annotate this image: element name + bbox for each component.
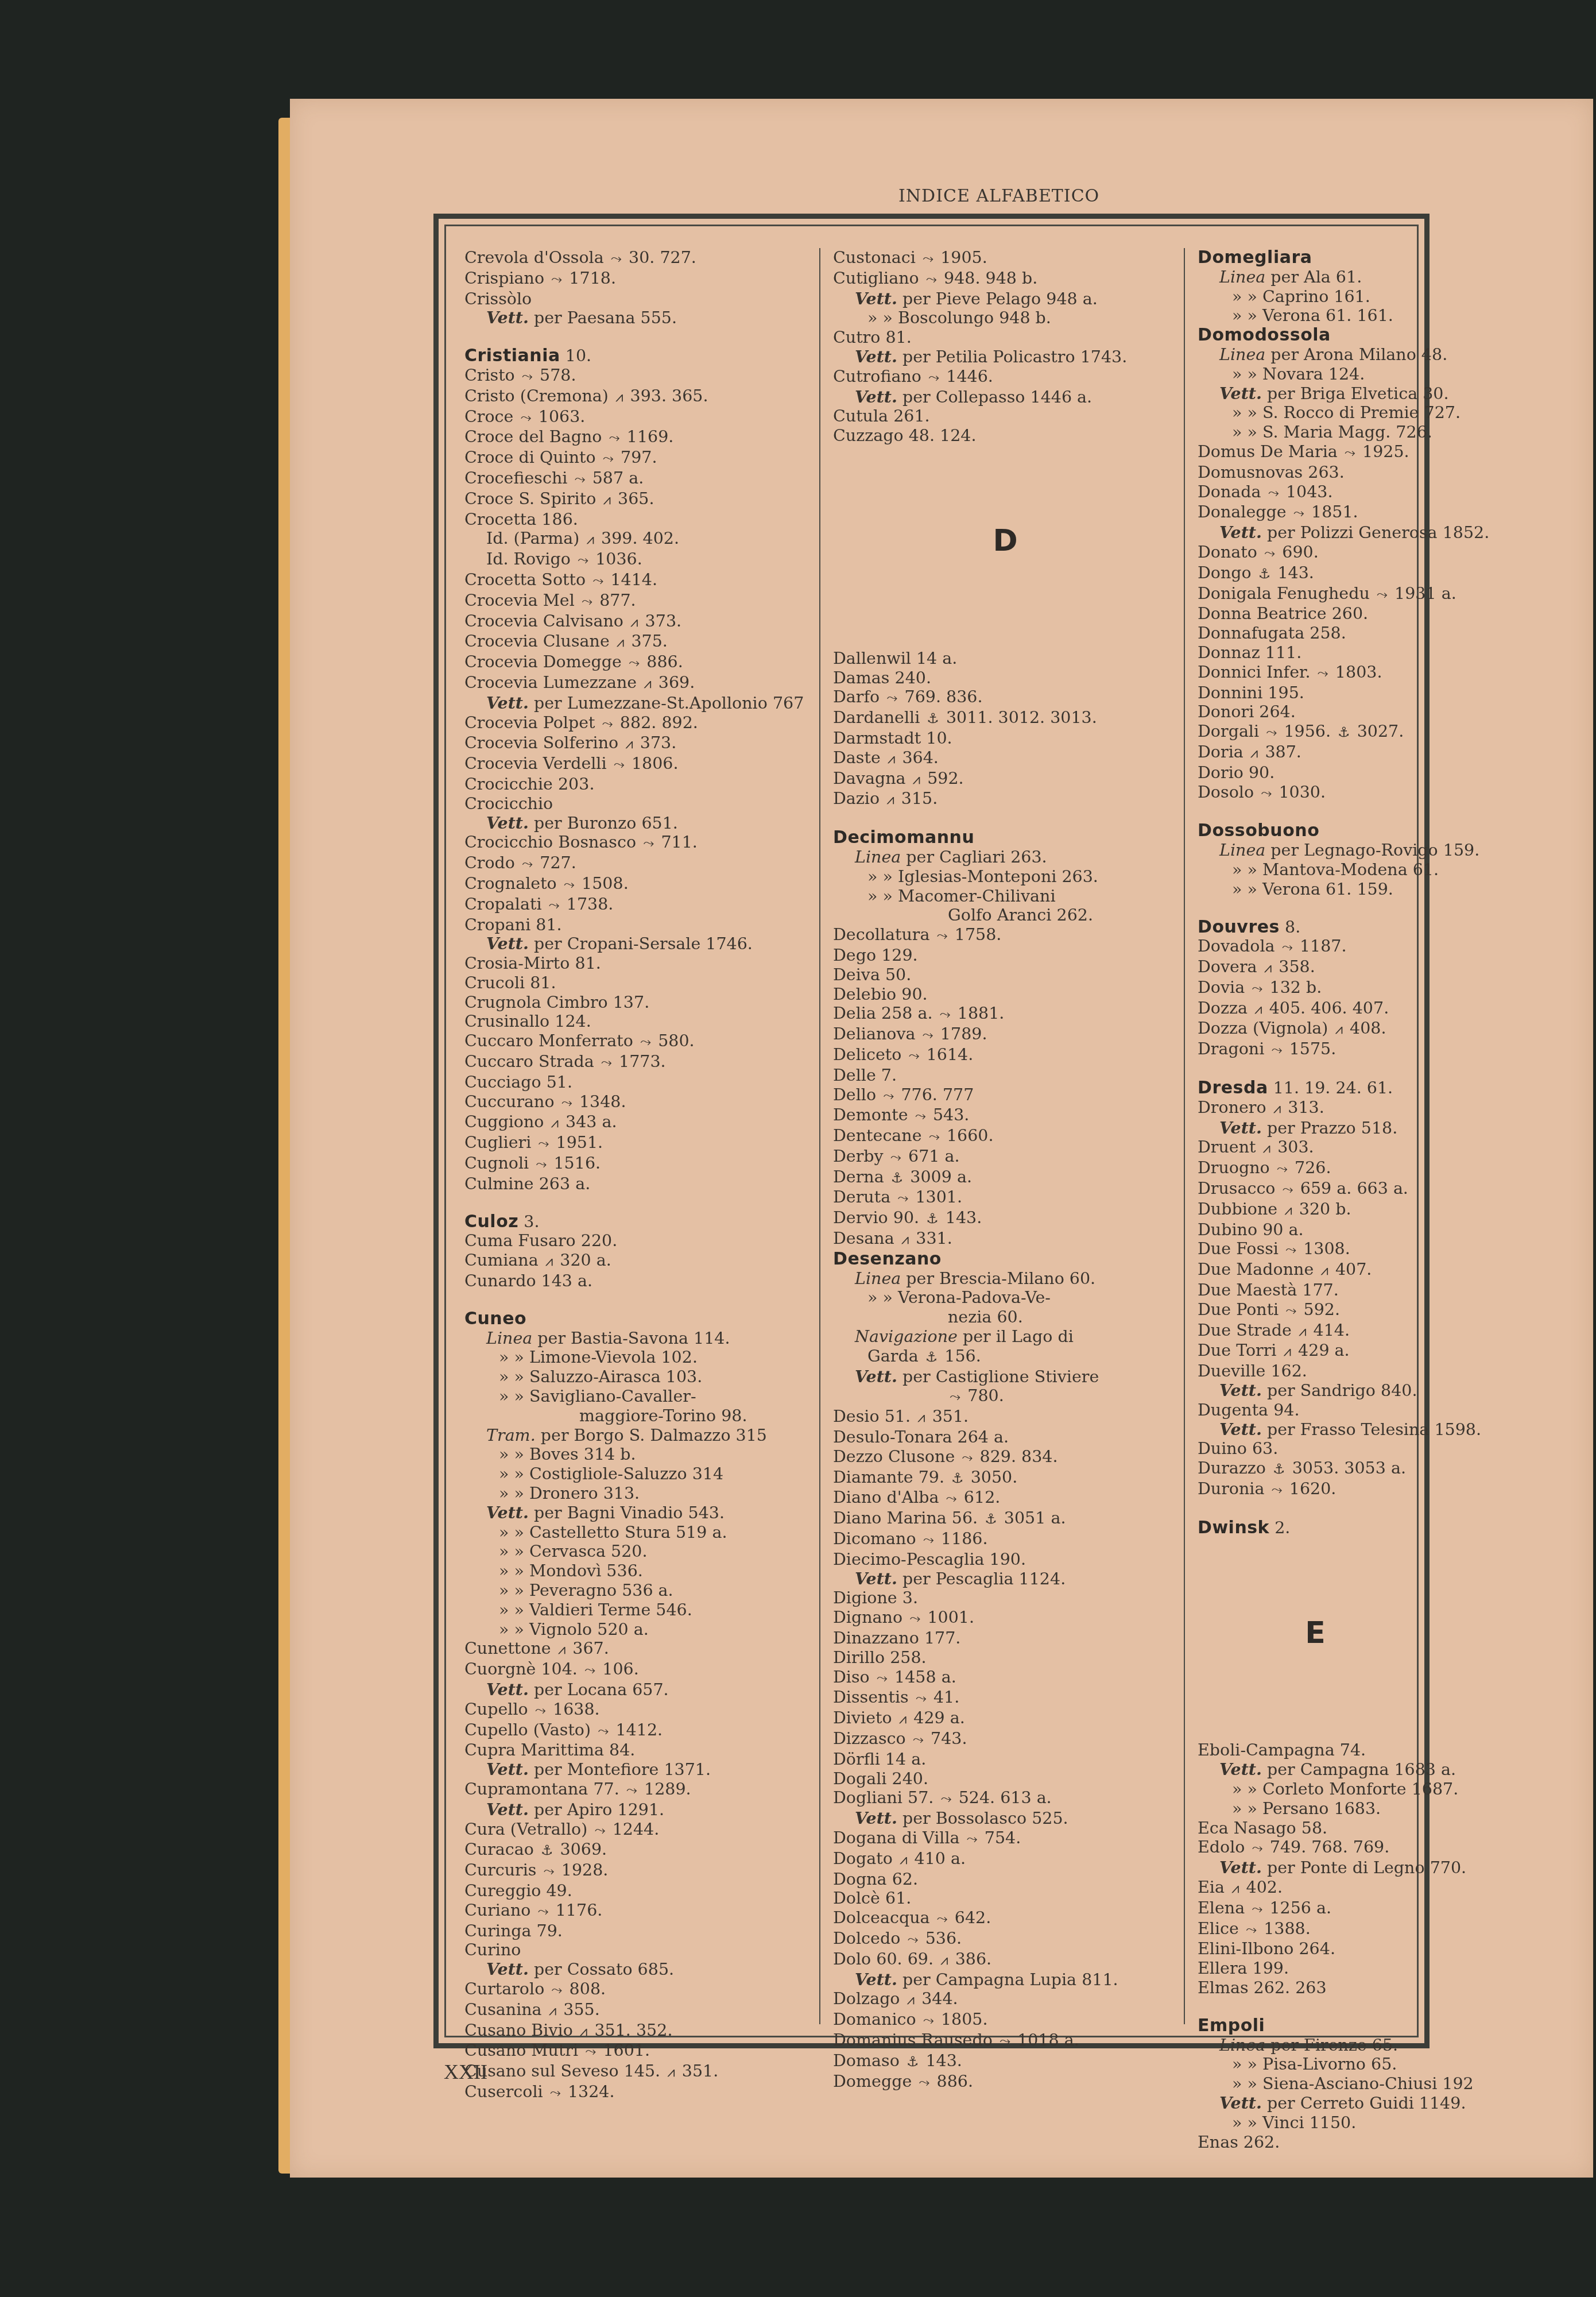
entry-text: per Prazzo 518. — [1262, 1119, 1397, 1138]
index-entry: Crocevia Polpet ⤳ 882. 892. — [464, 713, 803, 734]
index-entry: Cumiana ⩘ 320 a. — [464, 1251, 803, 1271]
entry-text: per il Lago di — [958, 1327, 1074, 1346]
entry-text: Dissentis — [833, 1688, 914, 1707]
index-entry: Crognaleto ⤳ 1508. — [464, 874, 803, 895]
index-entry: Desulo-Tonara 264 a. — [833, 1428, 1177, 1447]
entry-text: per Arona Milano 48. — [1265, 345, 1447, 364]
index-entry: » » Verona-Padova-Ve- — [833, 1288, 1177, 1308]
entry-text: 10. — [560, 346, 591, 365]
index-entry: Edolo ⤳ 749. 768. 769. — [1198, 1838, 1433, 1858]
index-entry: Dueville 162. — [1198, 1362, 1433, 1381]
entry-text: 156. — [939, 1347, 981, 1366]
index-entry: Linea per Bastia-Savona 114. — [464, 1329, 803, 1348]
entry-text: Diano Marina 56. — [833, 1509, 983, 1528]
entry-text: Due Torri — [1198, 1341, 1282, 1360]
entry-text: Duronia — [1198, 1479, 1270, 1498]
index-entry: » » Caprino 161. — [1198, 287, 1433, 307]
index-entry: Dragoni ⤳ 1575. — [1198, 1039, 1433, 1060]
index-entry: Dozza (Vignola) ⩘ 408. — [1198, 1019, 1433, 1039]
entry-text: 886. — [932, 2072, 974, 2091]
entry-text: 132 b. — [1264, 978, 1322, 997]
index-entry: Vett. per Prazzo 518. — [1198, 1119, 1433, 1138]
index-entry: Durazzo ⚓ 3053. 3053 a. — [1198, 1459, 1433, 1479]
index-entry: Vett. per Cropani-Sersale 1746. — [464, 934, 803, 954]
entry-text: » » Boves 314 b. — [499, 1445, 636, 1464]
index-entry: Cupello ⤳ 1638. — [464, 1700, 803, 1720]
index-entry: Crosia-Mirto 81. — [464, 954, 803, 973]
index-entry: Cuglieri ⤳ 1951. — [464, 1133, 803, 1154]
index-entry: Cusano Mutri ⤳ 1601. — [464, 2041, 803, 2062]
index-entry: Vett. per Sandrigo 840. — [1198, 1381, 1433, 1401]
index-entry: Custonaci ⤳ 1905. — [833, 248, 1177, 269]
index-entry: Donnaz 111. — [1198, 643, 1433, 663]
entry-text: Crocevia Calvisano — [464, 612, 629, 631]
entry-text: per Buronzo 651. — [529, 814, 678, 833]
tram-icon: ⩘ — [1230, 1880, 1241, 1896]
train-icon: ⤳ — [1292, 505, 1306, 521]
index-entry: Garda ⚓ 156. — [833, 1347, 1177, 1367]
entry-text: Crispiano — [464, 269, 549, 288]
train-icon: ⤳ — [542, 1863, 556, 1879]
heading-name: Douvres — [1198, 917, 1280, 937]
index-entry: Vett. per Briga Elvetica 30. — [1198, 384, 1433, 404]
entry-text: Crocevia Verdelli — [464, 754, 612, 773]
index-entry: Crocevia Mel ⤳ 877. — [464, 591, 803, 612]
entry-text: 808. — [564, 1979, 606, 1998]
entry-text: 3051 a. — [999, 1509, 1066, 1528]
tram-icon: ⩘ — [886, 751, 897, 767]
train-icon: ⤳ — [921, 2012, 936, 2028]
index-entry: » » Saluzzo-Airasca 103. — [464, 1367, 803, 1387]
train-icon: ⤳ — [921, 1532, 936, 1548]
entry-text: 769. 836. — [899, 687, 982, 706]
index-entry: Id. Rovigo ⤳ 1036. — [464, 550, 803, 570]
entry-text: 780. — [962, 1386, 1004, 1405]
entry-text: Domanius Rausedo — [833, 2031, 998, 2049]
entry-text: » » S. Maria Magg. 726. — [1232, 423, 1432, 442]
train-icon: ⤳ — [1284, 1242, 1298, 1258]
index-entry: Cusanina ⩘ 355. — [464, 2000, 803, 2021]
index-entry: Domaso ⚓ 143. — [833, 2051, 1177, 2072]
entry-text: Crocevia Domegge — [464, 652, 627, 671]
vettura-label: Vett. — [855, 1367, 897, 1386]
entry-text: 1931 a. — [1389, 584, 1456, 603]
entry-text: Cutigliano — [833, 269, 924, 288]
index-entry: Deruta ⤳ 1301. — [833, 1188, 1177, 1208]
train-icon: ⤳ — [935, 1911, 950, 1927]
index-entry: Desana ⩘ 331. — [833, 1229, 1177, 1250]
index-entry: Dolcedo ⤳ 536. — [833, 1929, 1177, 1950]
section-letter: D — [833, 532, 1177, 551]
entry-text: Dovadola — [1198, 937, 1280, 956]
index-heading: Empoli — [1198, 2016, 1433, 2036]
entry-text: per Bossolasco 525. — [897, 1809, 1068, 1828]
index-entry: Cura (Vetrallo) ⤳ 1244. — [464, 1820, 803, 1840]
entry-text: per Firenze 65. — [1265, 2036, 1398, 2055]
index-entry: » » Peveragno 536 a. — [464, 1581, 803, 1600]
train-icon: ⤳ — [601, 450, 615, 466]
index-entry: Due Torri ⩘ 429 a. — [1198, 1341, 1433, 1362]
entry-text: 1412. — [610, 1720, 663, 1739]
entry-text: 749. 768. 769. — [1265, 1838, 1390, 1857]
index-entry: Dolcè 61. — [833, 1889, 1177, 1908]
vettura-label: Vett. — [855, 1970, 897, 1989]
index-entry: Crocevia Verdelli ⤳ 1806. — [464, 754, 803, 775]
index-entry: Crocevia Domegge ⤳ 886. — [464, 652, 803, 673]
index-entry: » » Vignolo 520 a. — [464, 1620, 803, 1639]
entry-text: Drusacco — [1198, 1179, 1281, 1198]
index-entry: Curiano ⤳ 1176. — [464, 1901, 803, 1921]
train-icon: ⤳ — [905, 1931, 920, 1947]
tram-icon: ⩘ — [578, 2023, 590, 2039]
entry-text: 754. — [979, 1828, 1021, 1847]
heading-name: Dresda — [1198, 1078, 1268, 1098]
entry-text: per Campagna Lupia 811. — [897, 1970, 1118, 1989]
index-entry: Crocetta Sotto ⤳ 1414. — [464, 570, 803, 591]
index-entry: Dinazzano 177. — [833, 1629, 1177, 1648]
train-icon: ⤳ — [1250, 1901, 1264, 1917]
entry-text: » » Verona-Padova-Ve- — [867, 1288, 1051, 1307]
tram-icon: ⩘ — [547, 2002, 559, 2018]
train-icon: ⤳ — [927, 1128, 942, 1144]
train-icon: ⤳ — [641, 835, 656, 851]
entry-text: Elena — [1198, 1898, 1250, 1917]
entry-text: 1348. — [574, 1092, 626, 1111]
vettura-label: Vett. — [486, 1503, 529, 1522]
index-entry: Vett. per Pieve Pelago 948 a. — [833, 289, 1177, 309]
spacer — [464, 328, 803, 346]
train-icon: ⤳ — [533, 1702, 548, 1718]
index-entry: » » Savigliano-Cavaller- — [464, 1387, 803, 1406]
page-number: XXII — [444, 2060, 487, 2084]
vettura-label: Vett. — [1219, 384, 1262, 403]
entry-text: 580. — [653, 1031, 695, 1050]
index-entry: Curcuris ⤳ 1928. — [464, 1861, 803, 1881]
entry-text: 1718. — [564, 269, 616, 288]
entry-text: 3069. — [555, 1840, 607, 1859]
index-entry: Derby ⤳ 671 a. — [833, 1147, 1177, 1167]
index-entry: Dogato ⩘ 410 a. — [833, 1849, 1177, 1870]
entry-text: Donigala Fenughedu — [1198, 584, 1375, 603]
index-entry: Vett. per Frasso Telesina 1598. — [1198, 1420, 1433, 1440]
index-entry: Curino — [464, 1940, 803, 1960]
train-icon: ⤳ — [609, 250, 623, 266]
entry-text: Enas 262. — [1198, 2133, 1280, 2152]
entry-text: » » Caprino 161. — [1232, 287, 1370, 306]
index-entry: Dego 129. — [833, 946, 1177, 965]
index-entry: Dozza ⩘ 405. 406. 407. — [1198, 999, 1433, 1019]
entry-text: Curiano — [464, 1901, 536, 1920]
index-entry: Dolo 60. 69. ⩘ 386. — [833, 1950, 1177, 1970]
entry-text: Crevola d'Ossola — [464, 248, 609, 267]
entry-text: per Campagna 1683 a. — [1262, 1760, 1456, 1779]
entry-text: Due Strade — [1198, 1321, 1297, 1340]
entry-text: » » Vignolo 520 a. — [499, 1620, 649, 1639]
index-heading: Dresda 11. 19. 24. 61. — [1198, 1078, 1433, 1098]
index-entry: Croce ⤳ 1063. — [464, 407, 803, 428]
index-entry: Diecimo-Pescaglia 190. — [833, 1550, 1177, 1569]
entry-text: 1446. — [941, 367, 993, 386]
vettura-label: Vett. — [486, 1959, 529, 1979]
index-heading: Cristiania 10. — [464, 346, 803, 366]
tram-icon: ⩘ — [1282, 1343, 1293, 1359]
entry-text: 1773. — [614, 1052, 666, 1071]
index-entry: Donori 264. — [1198, 702, 1433, 722]
index-entry: Golfo Aranci 262. — [833, 906, 1177, 925]
index-entry: Croce S. Spirito ⩘ 365. — [464, 489, 803, 510]
entry-text: Dueville 162. — [1198, 1362, 1307, 1380]
index-entry: Vett. per Buronzo 651. — [464, 814, 803, 833]
index-entry: Linea per Cagliari 263. — [833, 848, 1177, 867]
spacer — [464, 1291, 803, 1309]
entry-text: 1789. — [935, 1024, 987, 1043]
heading-name: Desenzano — [833, 1249, 942, 1269]
train-icon: ⤳ — [536, 1903, 550, 1919]
train-icon: ⤳ — [572, 471, 587, 487]
entry-text: 612. — [959, 1488, 1001, 1507]
entry-text: Cura (Vetrallo) — [464, 1820, 592, 1839]
index-entry: Culmine 263 a. — [464, 1174, 803, 1194]
entry-text: Dardanelli — [833, 708, 925, 727]
index-entry: Crevola d'Ossola ⤳ 30. 727. — [464, 248, 803, 269]
train-icon: ⤳ — [520, 368, 534, 384]
train-icon: ⤳ — [921, 250, 935, 266]
entry-text: 320 b. — [1294, 1200, 1351, 1219]
entry-text: Dolcè 61. — [833, 1889, 911, 1908]
entry-text: Crucoli 81. — [464, 973, 556, 992]
index-heading: Dossobuono — [1198, 821, 1433, 841]
entry-text: Culmine 263 a. — [464, 1174, 590, 1193]
entry-text: Cuzzago 48. 124. — [833, 426, 977, 445]
tram-icon: ⩘ — [601, 492, 613, 508]
entry-text: Delebio 90. — [833, 985, 928, 1004]
entry-text: Cunardo 143 a. — [464, 1271, 592, 1290]
index-entry: ⤳ 780. — [833, 1386, 1177, 1407]
entry-text: per Ala 61. — [1265, 268, 1362, 287]
spacer — [1198, 1060, 1433, 1078]
entry-text: 351. — [677, 2062, 719, 2081]
index-entry: Dignano ⤳ 1001. — [833, 1608, 1177, 1629]
index-entry: maggiore-Torino 98. — [464, 1406, 803, 1426]
train-icon: ⤳ — [1269, 1042, 1284, 1058]
index-frame: Crevola d'Ossola ⤳ 30. 727.Crispiano ⤳ 1… — [433, 214, 1430, 2048]
index-entry: Dogna 62. — [833, 1870, 1177, 1889]
train-icon: ⤳ — [1244, 1921, 1258, 1938]
entry-text: Cucciago 51. — [464, 1073, 572, 1092]
index-heading: Dwinsk 2. — [1198, 1518, 1433, 1538]
entry-text: 373. — [635, 733, 677, 752]
vettura-label: Vett. — [486, 813, 529, 833]
entry-text: 3. — [518, 1212, 539, 1231]
entry-text: per Ponte di Legno 770. — [1262, 1858, 1466, 1877]
train-icon: ⤳ — [625, 1782, 639, 1798]
index-entry: Dello ⤳ 776. 777 — [833, 1085, 1177, 1106]
index-entry: Vett. per Montefiore 1371. — [464, 1760, 803, 1780]
entry-text: 320 a. — [555, 1251, 611, 1270]
entry-text: per Paesana 555. — [529, 308, 677, 327]
entry-text: 726. — [1289, 1158, 1331, 1177]
entry-text: 429 a. — [1293, 1341, 1350, 1360]
entry-text: Deruta — [833, 1188, 896, 1206]
index-column-3: DomegliaraLinea per Ala 61.» » Caprino 1… — [1184, 248, 1433, 2024]
index-entry: Darmstadt 10. — [833, 729, 1177, 748]
ship-icon: ⚓ — [905, 2054, 921, 2070]
index-entry: » » Pisa-Livorno 65. — [1198, 2055, 1433, 2074]
entry-text: per Lumezzane-St.Apollonio 767 — [529, 694, 804, 713]
tram-icon: ⩘ — [1297, 1323, 1308, 1339]
index-entry: » » Persano 1683. — [1198, 1799, 1433, 1819]
entry-text: 30. 727. — [623, 248, 696, 267]
tram-icon: ⩘ — [900, 1231, 911, 1247]
route-type-label: Linea — [1219, 841, 1265, 860]
entry-text: 367. — [567, 1639, 609, 1658]
entry-text: 393. 365. — [625, 386, 708, 405]
train-icon: ⤳ — [534, 1156, 548, 1172]
entry-text: Donnafugata 258. — [1198, 624, 1346, 643]
entry-text: » » Iglesias-Monteponi 263. — [867, 867, 1098, 886]
entry-text: 8. — [1280, 918, 1300, 937]
entry-text: » » Macomer-Chilivani — [867, 887, 1056, 906]
entry-text: Domanico — [833, 2010, 921, 2029]
entry-text: 1458 a. — [889, 1668, 956, 1687]
train-icon: ⤳ — [1316, 665, 1330, 681]
entry-text: 143. — [1272, 563, 1314, 582]
entry-text: Delle 7. — [833, 1066, 897, 1085]
train-icon: ⤳ — [576, 552, 590, 568]
train-icon: ⤳ — [896, 1190, 910, 1206]
route-type-label: Linea — [1219, 268, 1265, 287]
train-icon: ⤳ — [627, 655, 641, 671]
index-entry: Divieto ⩘ 429 a. — [833, 1708, 1177, 1729]
entry-text: Crocicchie 203. — [464, 775, 594, 794]
entry-text: Cusercoli — [464, 2082, 548, 2101]
index-entry: Due Ponti ⤳ 592. — [1198, 1300, 1433, 1321]
index-entry: Due Strade ⩘ 414. — [1198, 1321, 1433, 1341]
index-entry: Delianova ⤳ 1789. — [833, 1024, 1177, 1045]
entry-text: 1660. — [942, 1126, 994, 1145]
entry-text: Cumiana — [464, 1251, 544, 1270]
entry-text: 358. — [1273, 957, 1315, 976]
index-entry: Duino 63. — [1198, 1439, 1433, 1459]
entry-text: Druogno — [1198, 1158, 1275, 1177]
index-entry: Cutula 261. — [833, 407, 1177, 426]
entry-text: Duino 63. — [1198, 1439, 1278, 1458]
train-icon: ⤳ — [549, 1982, 564, 1998]
train-icon: ⤳ — [1250, 980, 1264, 996]
index-entry: Diso ⤳ 1458 a. — [833, 1668, 1177, 1688]
index-entry: Vett. per Ponte di Legno 770. — [1198, 1858, 1433, 1878]
vettura-label: Vett. — [1219, 1760, 1262, 1779]
train-icon: ⤳ — [1264, 724, 1279, 740]
index-entry: Vett. per Pescaglia 1124. — [833, 1569, 1177, 1589]
entry-text: Crusinallo 124. — [464, 1012, 591, 1031]
entry-text: 407. — [1330, 1260, 1372, 1279]
index-column-2: Custonaci ⤳ 1905.Cutigliano ⤳ 948. 948 b… — [819, 248, 1177, 2024]
train-icon: ⤳ — [921, 1027, 935, 1043]
entry-text: 1256 a. — [1264, 1898, 1331, 1917]
spacer — [1198, 1998, 1433, 2016]
entry-text: Dovia — [1198, 978, 1250, 997]
index-entry: Cuma Fusaro 220. — [464, 1231, 803, 1251]
entry-text: » » Pisa-Livorno 65. — [1232, 2055, 1397, 2074]
entry-text: » » Boscolungo 948 b. — [867, 308, 1051, 327]
entry-text: Cutula 261. — [833, 407, 930, 426]
entry-text: 399. 402. — [596, 529, 679, 548]
tram-icon: ⩘ — [897, 1711, 909, 1727]
entry-text: Daste — [833, 748, 886, 767]
entry-text: Cutrofiano — [833, 367, 927, 386]
entry-text: Cristo — [464, 366, 520, 385]
entry-text: Dörfli 14 a. — [833, 1750, 926, 1769]
vettura-label: Vett. — [1219, 523, 1262, 542]
entry-text: Cuglieri — [464, 1133, 536, 1152]
index-entry: Dicomano ⤳ 1186. — [833, 1529, 1177, 1550]
entry-text: 578. — [534, 366, 576, 385]
ship-icon: ⚓ — [1336, 724, 1352, 740]
index-entry: Dentecane ⤳ 1660. — [833, 1126, 1177, 1147]
train-icon: ⤳ — [638, 1034, 653, 1050]
tram-icon: ⩘ — [1253, 1001, 1264, 1017]
entry-text: Cusanina — [464, 2000, 547, 2019]
index-entry: Cristo ⤳ 578. — [464, 366, 803, 386]
entry-text: » » Novara 124. — [1232, 365, 1365, 384]
index-entry: Delebio 90. — [833, 985, 1177, 1004]
entry-text: Damas 240. — [833, 668, 931, 687]
entry-text: 948. 948 b. — [939, 269, 1037, 288]
entry-text: Deiva 50. — [833, 965, 911, 984]
entry-text: Due Maestà 177. — [1198, 1281, 1339, 1300]
entry-text: Donada — [1198, 482, 1266, 501]
entry-text: Cupello (Vasto) — [464, 1720, 596, 1739]
entry-text: Crocetta Sotto — [464, 570, 591, 589]
entry-text: Crocevia Mel — [464, 591, 580, 610]
vettura-label: Vett. — [486, 1800, 529, 1819]
tram-icon: ⩘ — [642, 675, 653, 691]
entry-text: Derna — [833, 1167, 889, 1186]
entry-text: 1018 a. — [1012, 2031, 1079, 2049]
index-entry: Daste ⩘ 364. — [833, 748, 1177, 769]
entry-text: » » Castelletto Stura 519 a. — [499, 1523, 727, 1542]
index-entry: Cunettone ⩘ 367. — [464, 1639, 803, 1660]
ship-icon: ⚓ — [950, 1470, 966, 1486]
index-entry: Dogana di Villa ⤳ 754. — [833, 1828, 1177, 1849]
entry-text: Cuccurano — [464, 1092, 560, 1111]
entry-text: Cuggiono — [464, 1112, 549, 1131]
entry-text: per Bastia-Savona 114. — [532, 1329, 730, 1348]
index-heading: Desenzano — [833, 1250, 1177, 1269]
entry-text: 313. — [1283, 1098, 1324, 1117]
tram-icon: ⩘ — [623, 736, 635, 752]
entry-text: 1806. — [626, 754, 679, 773]
index-entry: Dugenta 94. — [1198, 1401, 1433, 1420]
index-entry: » » Verona 61. 159. — [1198, 880, 1433, 899]
index-entry: Dovia ⤳ 132 b. — [1198, 978, 1433, 999]
entry-text: » » Valdieri Terme 546. — [499, 1600, 692, 1619]
index-entry: Crocicchio — [464, 794, 803, 814]
vettura-label: Vett. — [1219, 1858, 1262, 1877]
index-entry: » » Siena-Asciano-Chiusi 192 — [1198, 2074, 1433, 2094]
entry-text: 1414. — [605, 570, 657, 589]
index-entry: Domegge ⤳ 886. — [833, 2072, 1177, 2093]
train-icon: ⤳ — [927, 369, 941, 385]
index-entry: Dolzago ⩘ 344. — [833, 1989, 1177, 2010]
train-icon: ⤳ — [935, 927, 950, 943]
index-entry: Deiva 50. — [833, 965, 1177, 985]
entry-text: 343 a. — [560, 1112, 617, 1131]
index-entry: » » Cervasca 520. — [464, 1542, 803, 1561]
entry-text: 1638. — [548, 1700, 600, 1719]
train-icon: ⤳ — [580, 593, 594, 609]
